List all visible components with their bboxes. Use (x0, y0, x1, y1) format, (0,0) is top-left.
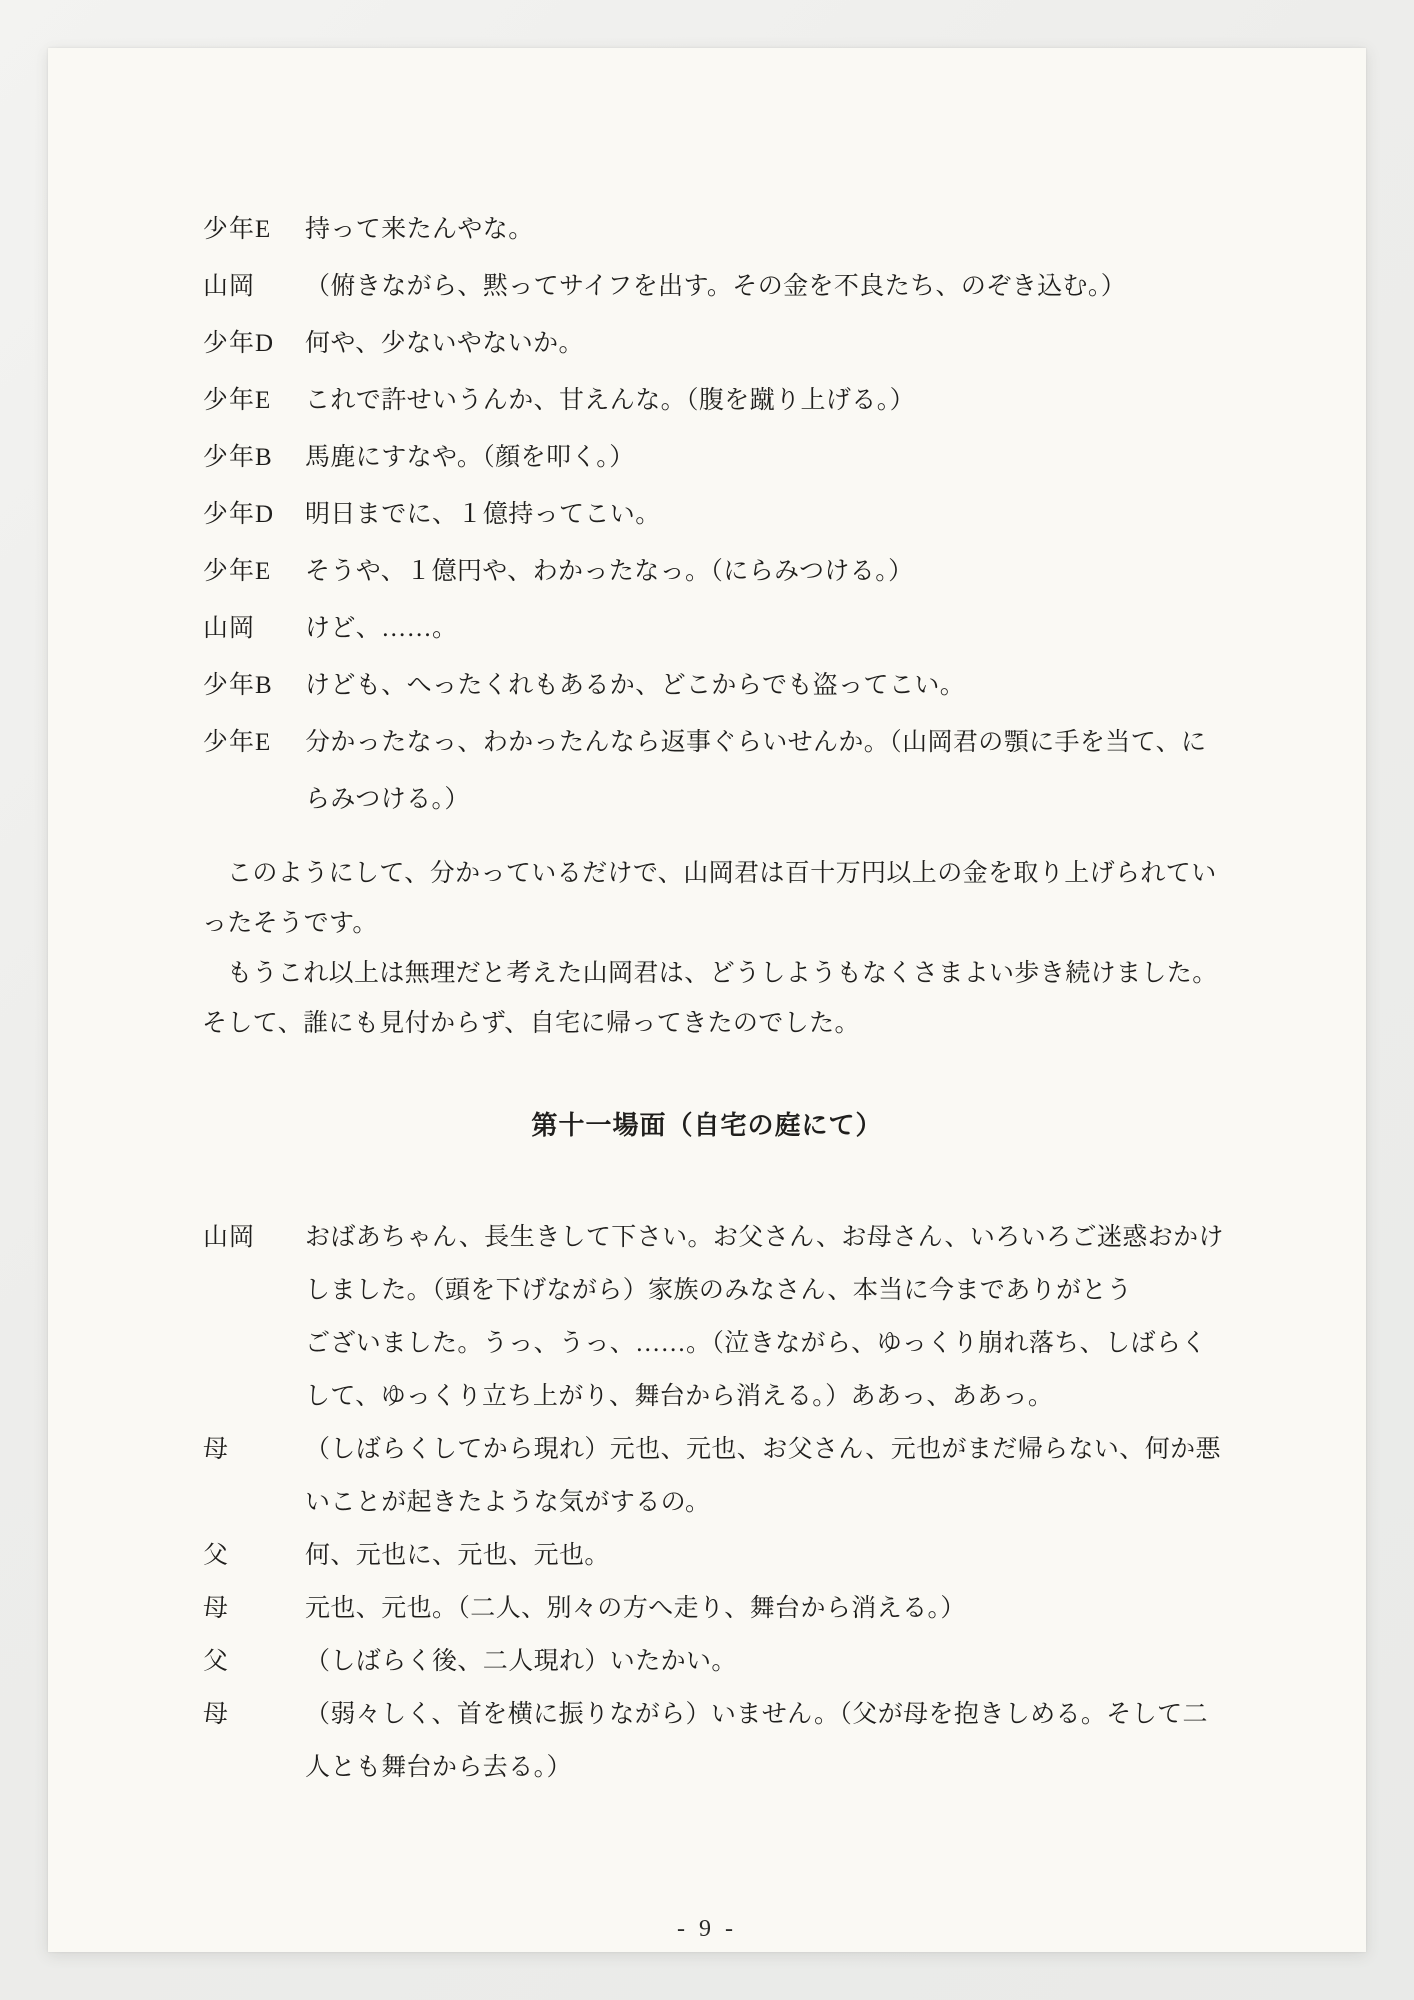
speaker-label: 少年E (203, 372, 305, 429)
scene-heading-block: 第十一場面（自宅の庭にて） (48, 1097, 1366, 1154)
dialogue-row: 少年E そうや、１億円や、わかったなっ。（にらみつける。） (48, 543, 1366, 600)
dialogue-row: 父 何、元也に、元也、元也。 (48, 1529, 1366, 1582)
dialogue-text: 何や、少ないやないか。 (305, 315, 1366, 372)
dialogue-text: 何、元也に、元也、元也。 (305, 1529, 1366, 1582)
dialogue-text: けども、へったくれもあるか、どこからでも盗ってこい。 (305, 657, 1366, 714)
speaker-label: 母 (203, 1423, 305, 1476)
dialogue-row: 少年E 持って来たんやな。 (48, 201, 1366, 258)
speaker-label: 少年E (203, 543, 305, 600)
dialogue-row: 少年B 馬鹿にすなや。（顔を叩く。） (48, 429, 1366, 486)
dialogue-row: 少年D 明日までに、１億持ってこい。 (48, 486, 1366, 543)
narration-paragraph: このようにして、分かっているだけで、山岡君は百十万円以上の金を取り上げられてい … (48, 849, 1366, 949)
speaker-label: 母 (203, 1688, 305, 1741)
speaker-label: 父 (203, 1529, 305, 1582)
speaker-label: 少年D (203, 486, 305, 543)
dialogue-row: 少年E これで許せいうんか、甘えんな。（腹を蹴り上げる。） (48, 372, 1366, 429)
speaker-label: 少年E (203, 714, 305, 771)
narration-section: このようにして、分かっているだけで、山岡君は百十万円以上の金を取り上げられてい … (48, 849, 1366, 1049)
speaker-label: 母 (203, 1582, 305, 1635)
dialogue-text: そうや、１億円や、わかったなっ。（にらみつける。） (305, 543, 1366, 600)
dialogue-row: 母 （しばらくしてから現れ）元也、元也、お父さん、元也がまだ帰らない、何か悪 い… (48, 1423, 1366, 1529)
dialogue-text: （俯きながら、黙ってサイフを出す。その金を不良たち、のぞき込む。） (305, 258, 1366, 315)
scanned-page: 少年E 持って来たんやな。 山岡 （俯きながら、黙ってサイフを出す。その金を不良… (48, 48, 1366, 1952)
dialogue-text: おばあちゃん、長生きして下さい。お父さん、お母さん、いろいろご迷惑おかけ しまし… (305, 1211, 1366, 1423)
speaker-label: 山岡 (203, 600, 305, 657)
speaker-label: 少年E (203, 201, 305, 258)
speaker-label: 山岡 (203, 258, 305, 315)
dialogue-text: （しばらくしてから現れ）元也、元也、お父さん、元也がまだ帰らない、何か悪 いこと… (305, 1423, 1366, 1529)
dialogue-text: （弱々しく、首を横に振りながら）いません。（父が母を抱きしめる。そして二 人とも… (305, 1688, 1366, 1794)
dialogue-row: 山岡 おばあちゃん、長生きして下さい。お父さん、お母さん、いろいろご迷惑おかけ … (48, 1211, 1366, 1423)
dialogue-text: 元也、元也。（二人、別々の方へ走り、舞台から消える。） (305, 1582, 1366, 1635)
dialogue-row: 少年D 何や、少ないやないか。 (48, 315, 1366, 372)
speaker-label: 父 (203, 1635, 305, 1688)
dialogue-row: 少年B けども、へったくれもあるか、どこからでも盗ってこい。 (48, 657, 1366, 714)
speaker-label: 少年B (203, 657, 305, 714)
scene-11-dialogue: 山岡 おばあちゃん、長生きして下さい。お父さん、お母さん、いろいろご迷惑おかけ … (48, 1211, 1366, 1794)
dialogue-text: （しばらく後、二人現れ）いたかい。 (305, 1635, 1366, 1688)
dialogue-row: 少年E 分かったなっ、わかったんなら返事ぐらいせんか。（山岡君の顎に手を当て、に… (48, 714, 1366, 828)
dialogue-row: 父 （しばらく後、二人現れ）いたかい。 (48, 1635, 1366, 1688)
speaker-label: 山岡 (203, 1211, 305, 1264)
dialogue-text: 明日までに、１億持ってこい。 (305, 486, 1366, 543)
scene-heading: 第十一場面（自宅の庭にて） (531, 1097, 882, 1154)
speaker-label: 少年B (203, 429, 305, 486)
page-number: - 9 - (677, 1915, 737, 1943)
dialogue-text: 分かったなっ、わかったんなら返事ぐらいせんか。（山岡君の顎に手を当て、に らみつ… (305, 714, 1366, 828)
dialogue-text: 持って来たんやな。 (305, 201, 1366, 258)
speaker-label: 少年D (203, 315, 305, 372)
dialogue-text: これで許せいうんか、甘えんな。（腹を蹴り上げる。） (305, 372, 1366, 429)
page-number-block: - 9 - (48, 1915, 1366, 1943)
dialogue-row: 母 （弱々しく、首を横に振りながら）いません。（父が母を抱きしめる。そして二 人… (48, 1688, 1366, 1794)
document-background: { "page": { "number_label": "- 9 -" }, "… (0, 0, 1414, 2000)
dialogue-text: 馬鹿にすなや。（顔を叩く。） (305, 429, 1366, 486)
dialogue-row: 山岡 けど、……。 (48, 600, 1366, 657)
dialogue-row: 母 元也、元也。（二人、別々の方へ走り、舞台から消える。） (48, 1582, 1366, 1635)
narration-paragraph: もうこれ以上は無理だと考えた山岡君は、どうしようもなくさまよい歩き続けました。 … (48, 949, 1366, 1049)
dialogue-text: けど、……。 (305, 600, 1366, 657)
scene-10-dialogue: 少年E 持って来たんやな。 山岡 （俯きながら、黙ってサイフを出す。その金を不良… (48, 201, 1366, 828)
dialogue-row: 山岡 （俯きながら、黙ってサイフを出す。その金を不良たち、のぞき込む。） (48, 258, 1366, 315)
